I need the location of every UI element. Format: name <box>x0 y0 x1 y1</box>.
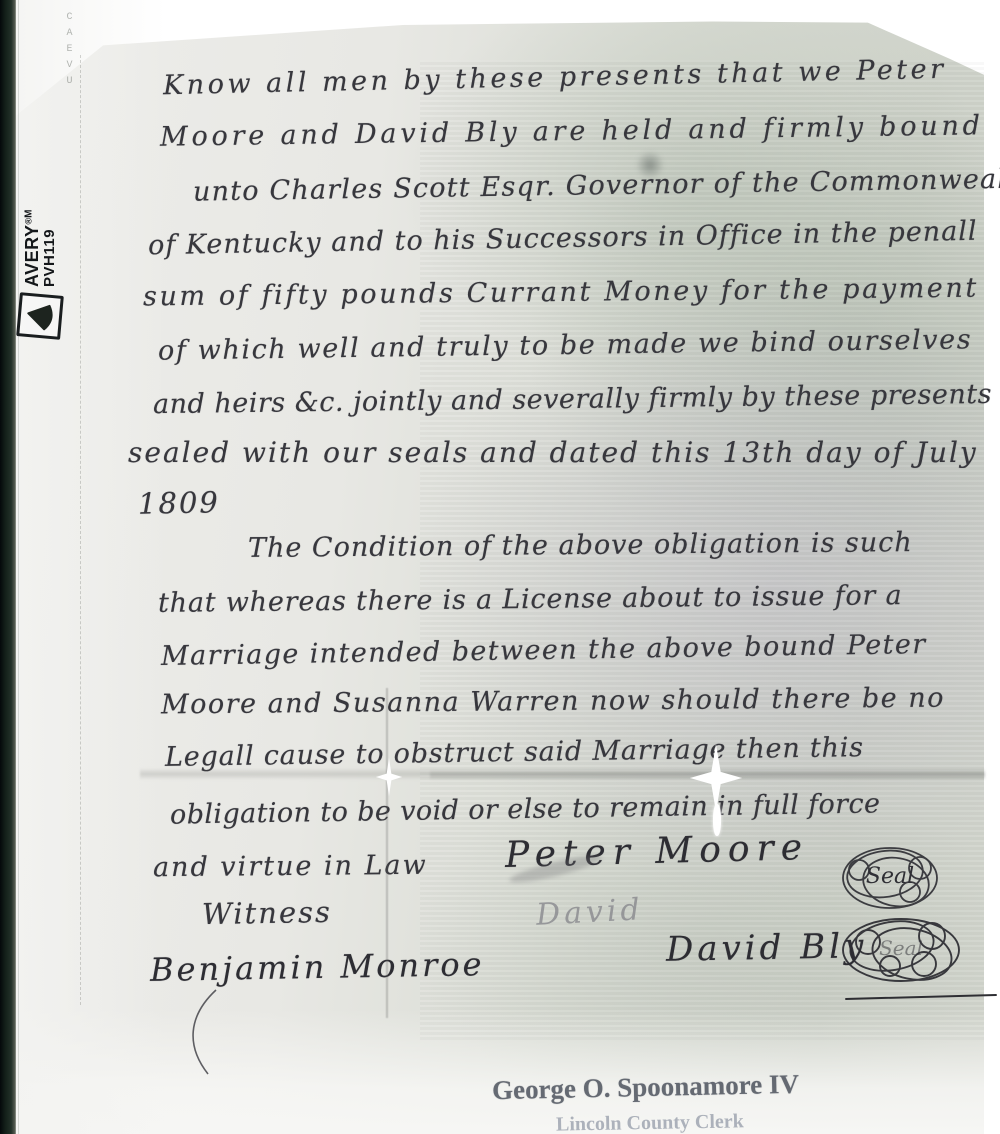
stamp-model-number: PVH119 <box>42 210 57 288</box>
faint-margin-marks: CAEVU <box>64 12 75 92</box>
stamp-brand: AVERY <box>22 224 42 287</box>
paper-left-highlight <box>16 0 166 1134</box>
seal-word: Seal <box>838 864 942 889</box>
seal-scribble-peter: Seal <box>838 840 942 916</box>
fold-hole-tail <box>713 804 721 836</box>
handwritten-line-10: The Condition of the above obligation is… <box>248 527 913 564</box>
pencil-name-david: David <box>535 892 644 933</box>
stamp-suffix: M <box>23 210 34 218</box>
witness-label: Witness <box>202 895 332 931</box>
clerk-name-stamp: George O. Spoonamore IV <box>492 1069 800 1106</box>
perforation-dashed-line <box>80 55 81 1005</box>
clerk-title-stamp: Lincoln County Clerk <box>556 1110 744 1134</box>
handwritten-line-8: sealed with our seals and dated this 13t… <box>128 436 978 469</box>
handwritten-line-9: 1809 <box>138 485 220 520</box>
avery-triangle-logo-icon <box>16 292 64 340</box>
scanner-edge-line <box>18 0 19 1134</box>
vertical-fold-crease <box>386 688 388 1018</box>
seal-scribble-david: Seal <box>832 910 970 988</box>
triangle-icon <box>25 300 56 332</box>
seal-word: Seal <box>832 936 970 960</box>
scanned-marriage-bond-page: { "doc": { "lines": [ "Know all men by t… <box>0 0 1000 1134</box>
avery-stamp-text: AVERY®M PVH119 <box>23 210 58 288</box>
scanner-edge-band <box>0 0 16 1134</box>
stamp-registered-mark: ® <box>23 218 33 225</box>
avery-stamp: AVERY®M PVH119 <box>14 188 66 338</box>
signature-flourish <box>182 988 238 1078</box>
signature-benjamin-monroe: Benjamin Monroe <box>150 945 485 989</box>
ink-smudge <box>636 150 664 180</box>
